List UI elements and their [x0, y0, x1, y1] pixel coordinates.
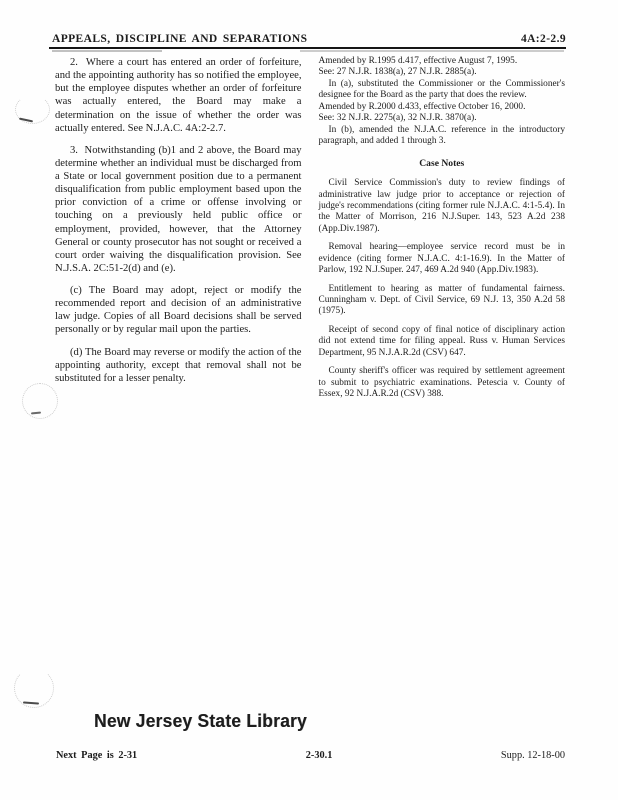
amendment-note: See: 32 N.J.R. 2275(a), 32 N.J.R. 3870(a… — [319, 113, 566, 124]
case-notes-heading: Case Notes — [319, 158, 566, 170]
header-rule-smudge-right — [300, 50, 564, 52]
amendment-note: Amended by R.2000 d.433, effective Octob… — [319, 102, 566, 113]
supplement-date: Supp. 12-18-00 — [501, 750, 565, 761]
section-number: 4A:2-2.9 — [521, 33, 566, 45]
running-header: APPEALS, DISCIPLINE AND SEPARATIONS 4A:2… — [52, 33, 566, 45]
right-column: Amended by R.1995 d.417, effective Augus… — [319, 56, 566, 407]
library-stamp: New Jersey State Library — [94, 711, 307, 733]
page-number: 2-30.1 — [306, 750, 333, 761]
chapter-title: APPEALS, DISCIPLINE AND SEPARATIONS — [52, 33, 307, 45]
case-note: Entitlement to hearing as matter of fund… — [319, 284, 566, 318]
case-note: Removal hearing—employee service record … — [319, 242, 566, 276]
document-page: APPEALS, DISCIPLINE AND SEPARATIONS 4A:2… — [0, 0, 618, 800]
amendment-note: See: 27 N.J.R. 1838(a), 27 N.J.R. 2885(a… — [319, 67, 566, 78]
header-rule-smudge-left — [52, 50, 162, 52]
page-body: 2. Where a court has entered an order of… — [55, 56, 565, 407]
header-rule — [49, 47, 566, 49]
paragraph-c: (c) The Board may adopt, reject or modif… — [55, 284, 302, 337]
next-page-label: Next Page is 2-31 — [56, 750, 137, 761]
case-note: Civil Service Commission's duty to revie… — [319, 178, 566, 235]
amendment-note: In (b), amended the N.J.A.C. reference i… — [319, 125, 566, 148]
case-note: County sheriff's officer was required by… — [319, 366, 566, 400]
case-note: Receipt of second copy of final notice o… — [319, 325, 566, 359]
amendment-note: Amended by R.1995 d.417, effective Augus… — [319, 56, 566, 67]
left-column: 2. Where a court has entered an order of… — [55, 56, 302, 407]
page-footer: Next Page is 2-31 2-30.1 Supp. 12-18-00 — [56, 750, 565, 761]
paragraph-d: (d) The Board may reverse or modify the … — [55, 346, 302, 385]
amendment-note: In (a), substituted the Commissioner or … — [319, 79, 566, 102]
margin-smudge-middle — [22, 383, 58, 419]
paragraph-b2: 2. Where a court has entered an order of… — [55, 56, 302, 135]
paragraph-b3: 3. Notwithstanding (b)1 and 2 above, the… — [55, 144, 302, 275]
